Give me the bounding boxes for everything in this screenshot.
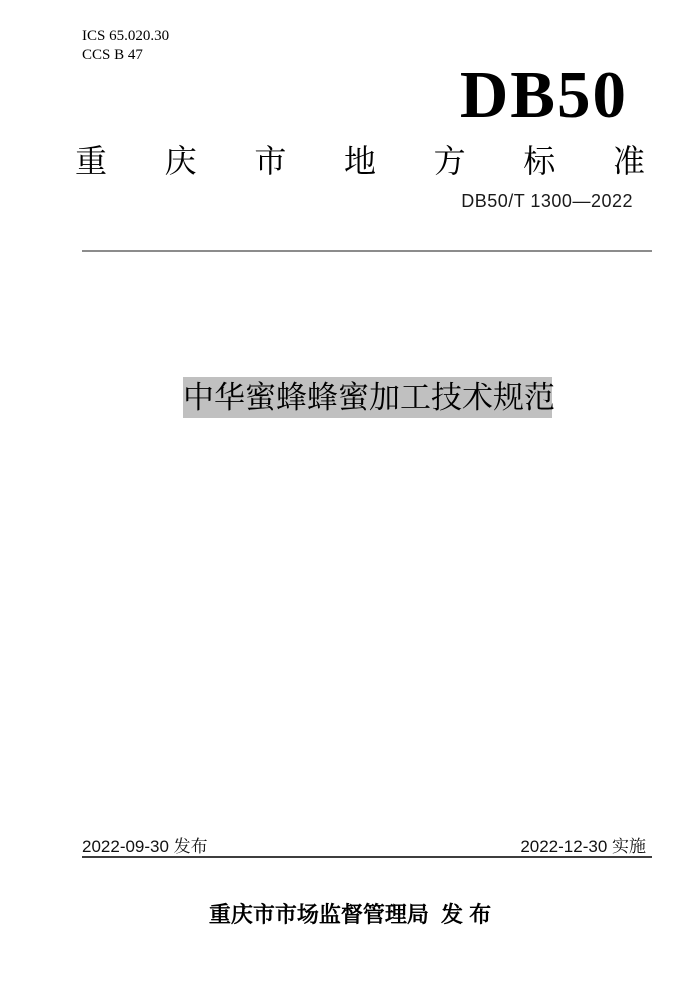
standard-type-char: 准 (613, 144, 645, 178)
standard-number: DB50/T 1300—2022 (461, 191, 633, 211)
standard-type-justified: 重庆市地方标准 (75, 144, 645, 178)
footer-rule (82, 856, 652, 858)
ccs-code: CCS B 47 (82, 46, 169, 65)
implement-date: 2022-12-30 实施 (520, 837, 652, 856)
standard-type-char: 庆 (165, 144, 197, 178)
document-title-highlight: 中华蜜蜂蜂蜜加工技术规范 (183, 377, 552, 418)
standard-type-char: 方 (434, 144, 466, 178)
dates-row: 2022-09-30 发布 2022-12-30 实施 (82, 837, 652, 856)
header-rule (82, 250, 652, 252)
standard-cover-page: ICS 65.020.30 CCS B 47 DB50 重庆市地方标准 DB50… (0, 0, 700, 990)
classification-codes: ICS 65.020.30 CCS B 47 (82, 27, 169, 65)
standard-type-char: 市 (254, 144, 286, 178)
standard-type-char: 重 (75, 144, 107, 178)
issue-date: 2022-09-30 发布 (82, 837, 208, 856)
ics-code: ICS 65.020.30 (82, 27, 169, 46)
publisher-line: 重庆市市场监督管理局 发 布 (0, 903, 700, 927)
db50-logo: DB50 (460, 62, 628, 129)
document-title: 中华蜜蜂蜂蜜加工技术规范 (183, 380, 555, 415)
standard-type-char: 标 (523, 144, 555, 178)
standard-type-char: 地 (344, 144, 376, 178)
